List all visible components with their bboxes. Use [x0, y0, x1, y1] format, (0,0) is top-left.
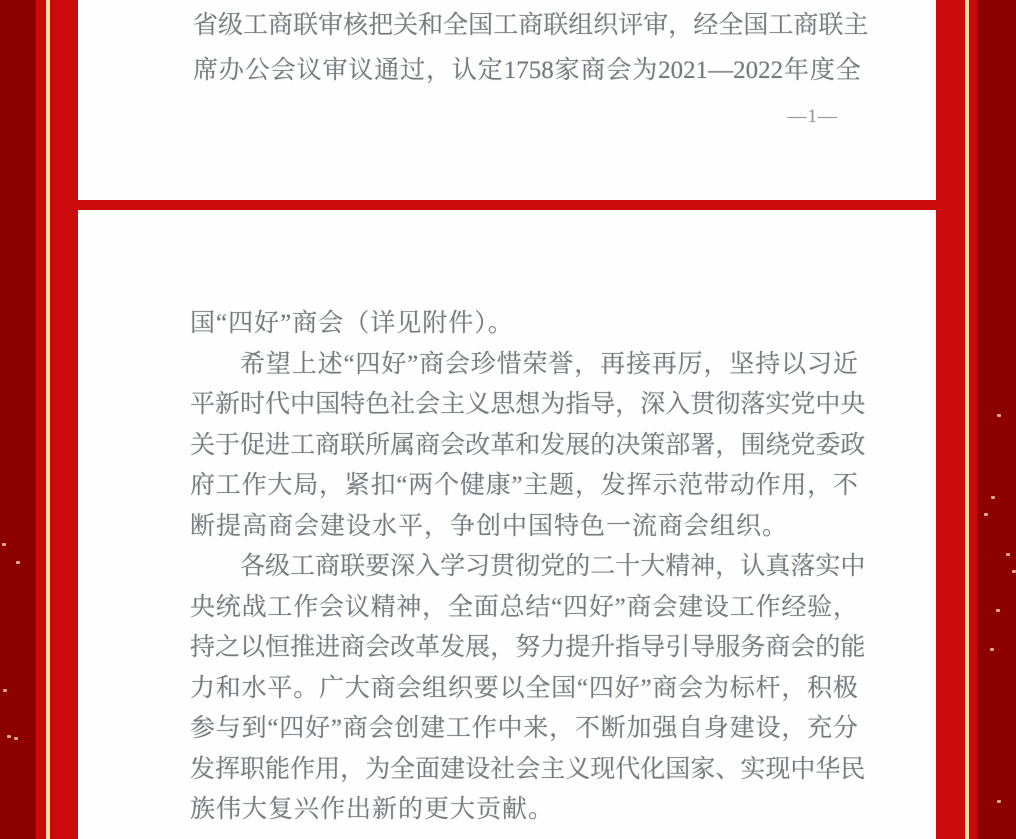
background-speck: [3, 689, 7, 692]
page2-text-block: 国“四好”商会（详见附件）。希望上述“四好”商会珍惜荣誉，再接再厉，坚持以习近平…: [78, 210, 858, 831]
right-red-band: [936, 0, 977, 839]
document-page-2: 国“四好”商会（详见附件）。希望上述“四好”商会珍惜荣誉，再接再厉，坚持以习近平…: [78, 210, 936, 839]
background-speck: [1012, 570, 1016, 573]
background-speck: [996, 609, 1000, 612]
background-speck: [14, 737, 18, 740]
document-text-line: 府工作大局，紧扣“两个健康”主题，发挥示范带动作用，不: [190, 466, 858, 507]
background-speck: [16, 561, 20, 564]
background-speck: [7, 735, 11, 738]
document-text-line: 关于促进工商联所属商会改革和发展的决策部署，围绕党委政: [190, 426, 858, 467]
document-text-line: 各级工商联要深入学习贯彻党的二十大精神，认真落实中: [190, 547, 858, 588]
background-speck: [991, 496, 995, 499]
background-speck: [1006, 553, 1010, 556]
document-text-line: 国“四好”商会（详见附件）。: [190, 304, 858, 345]
document-text-line: 断提高商会建设水平，争创中国特色一流商会组织。: [190, 507, 858, 548]
document-text-line: 省级工商联审核把关和全国工商联组织评审，经全国工商联主: [193, 3, 861, 48]
article-red-background: 省级工商联审核把关和全国工商联组织评审，经全国工商联主席办公会议审议通过，认定1…: [0, 0, 1016, 839]
left-gold-line: [46, 0, 50, 839]
background-speck: [997, 800, 1001, 803]
left-red-band: [36, 0, 78, 839]
background-speck: [997, 414, 1001, 417]
document-text-line: 参与到“四好”商会创建工作中来，不断加强自身建设，充分: [190, 709, 858, 750]
document-text-line: 发挥职能作用，为全面建设社会主义现代化国家、实现中华民: [190, 750, 858, 791]
right-gold-line: [965, 0, 969, 839]
document-text-line: 平新时代中国特色社会主义思想为指导，深入贯彻落实党中央: [190, 385, 858, 426]
document-text-line: 希望上述“四好”商会珍惜荣誉，再接再厉，坚持以习近: [190, 345, 858, 386]
document-page-1: 省级工商联审核把关和全国工商联组织评审，经全国工商联主席办公会议审议通过，认定1…: [78, 0, 936, 200]
page-gap-band: [78, 200, 936, 210]
page1-page-number: —1—: [788, 106, 839, 128]
background-speck: [984, 513, 988, 516]
document-text-line: 力和水平。广大商会组织要以全国“四好”商会为标杆，积极: [190, 669, 858, 710]
document-text-line: 央统战工作会议精神，全面总结“四好”商会建设工作经验，: [190, 588, 858, 629]
background-speck: [990, 648, 994, 651]
document-text-line: 席办公会议审议通过，认定1758家商会为2021—2022年度全: [193, 48, 861, 93]
page1-text-block: 省级工商联审核把关和全国工商联组织评审，经全国工商联主席办公会议审议通过，认定1…: [78, 0, 861, 93]
background-speck: [2, 543, 6, 546]
document-text-line: 族伟大复兴作出新的更大贡献。: [190, 790, 858, 831]
document-text-line: 持之以恒推进商会改革发展，努力提升指导引导服务商会的能: [190, 628, 858, 669]
